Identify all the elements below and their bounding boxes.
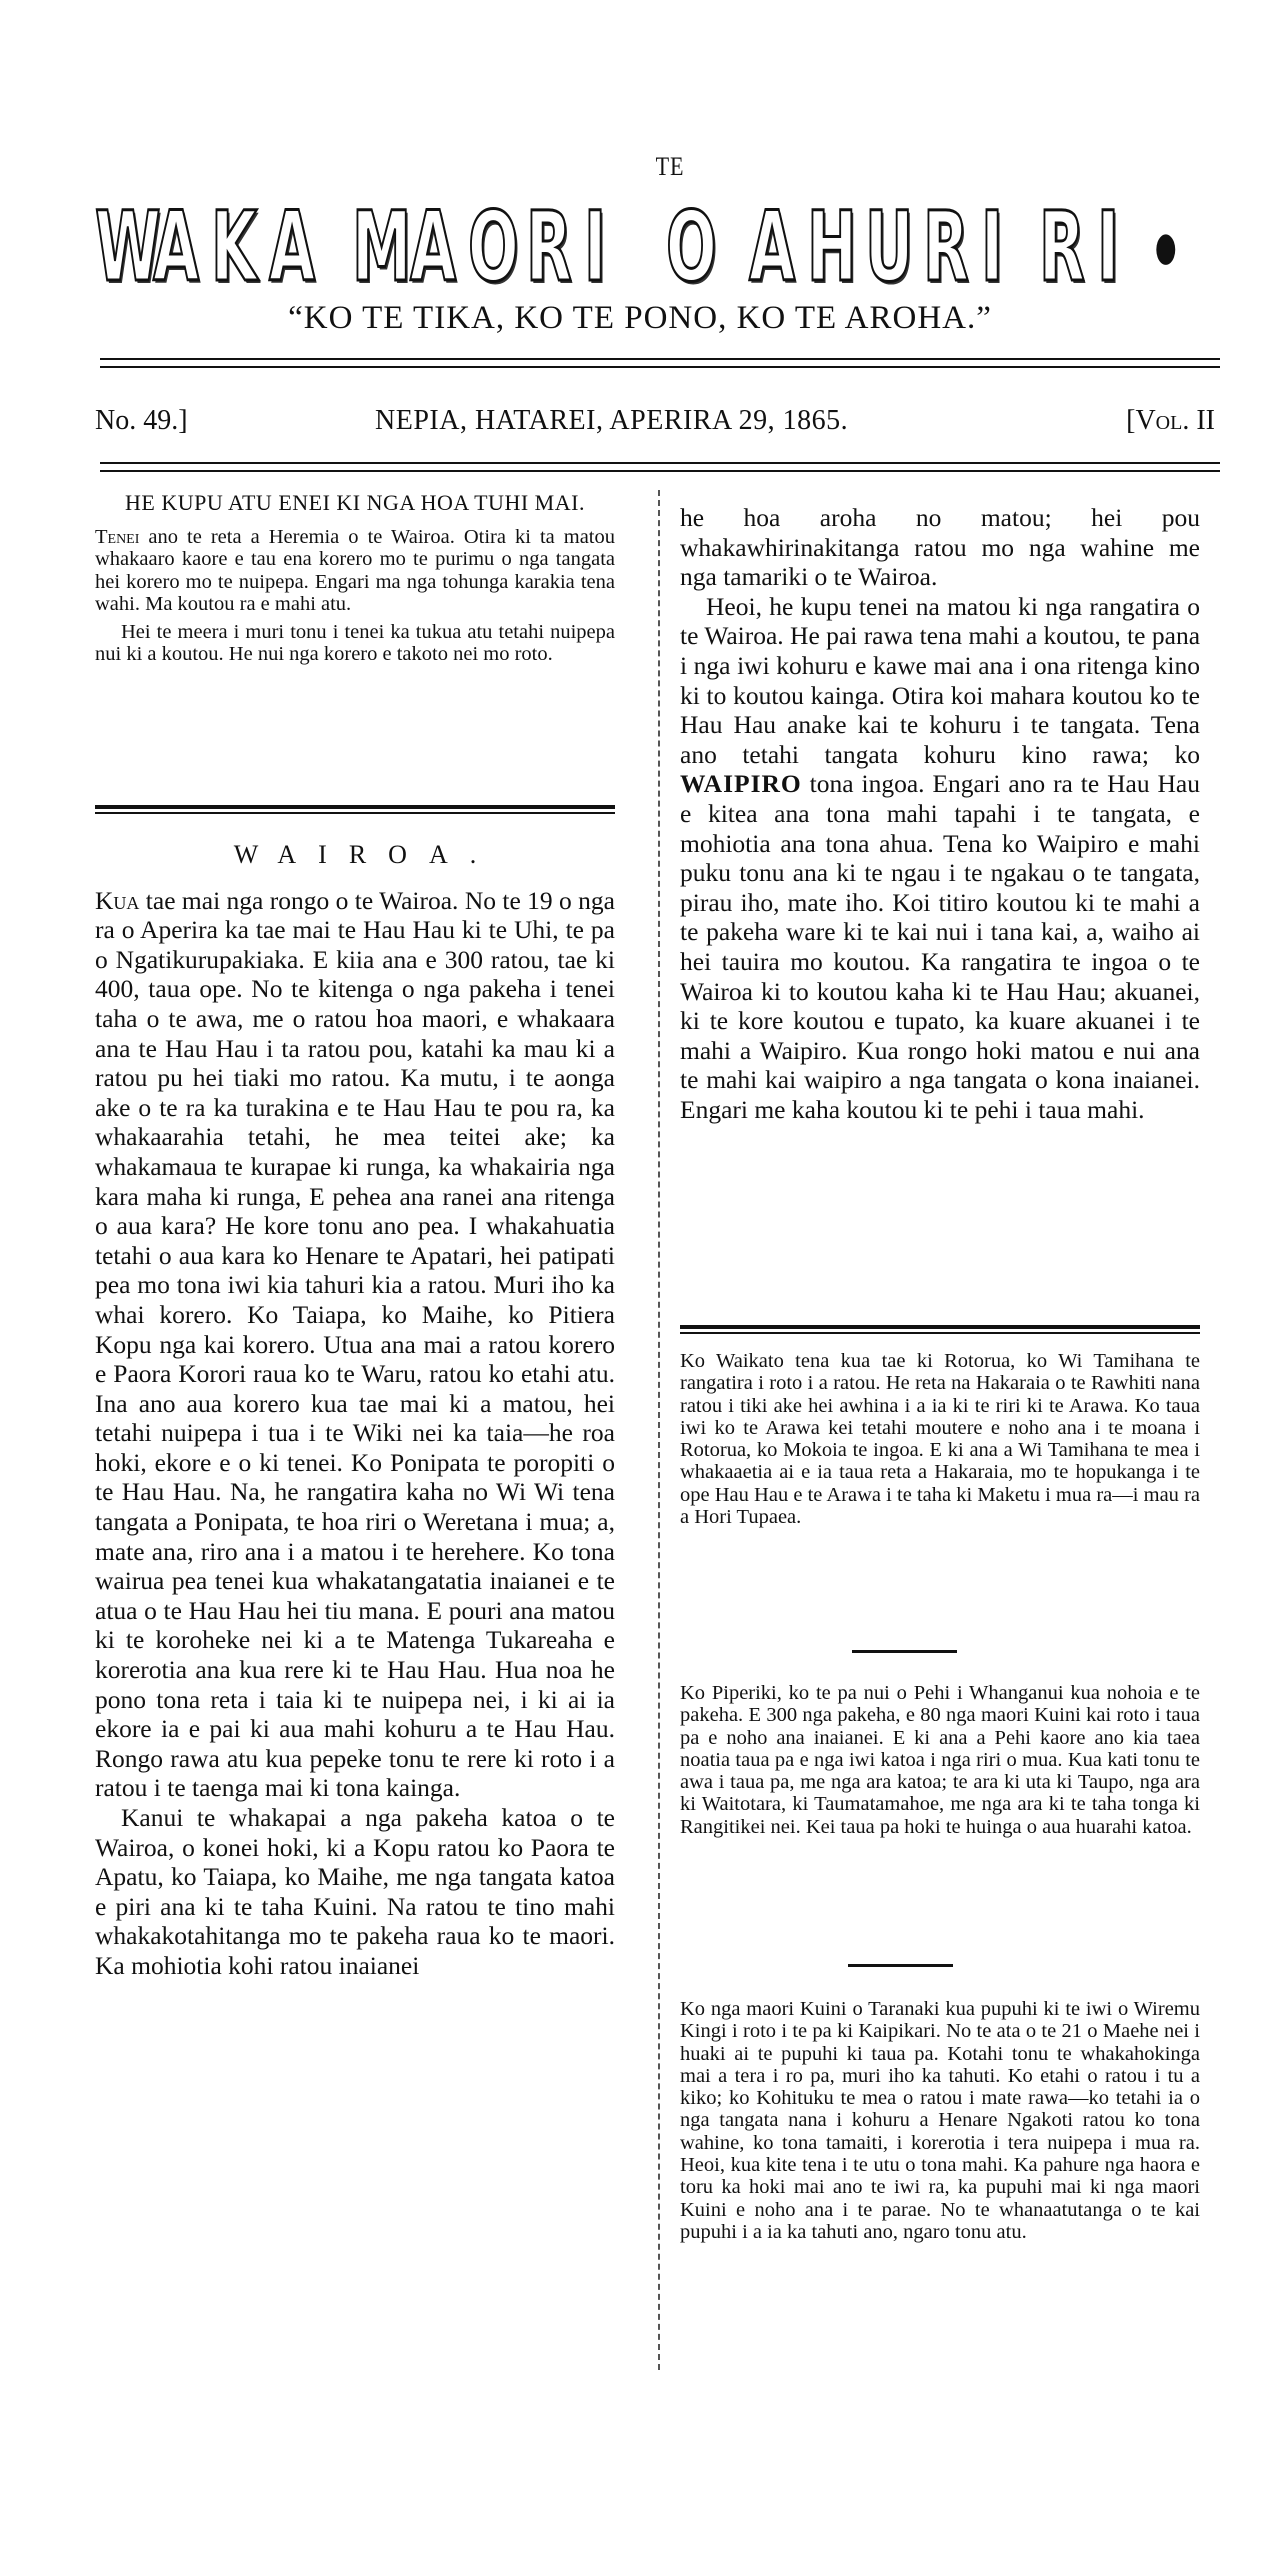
header-rule-bottom-2 xyxy=(100,470,1220,472)
column-divider xyxy=(658,490,660,2370)
issue-line: No. 49.] NEPIA, HATAREI, APERIRA 29, 186… xyxy=(95,405,1215,445)
article-paragraph: he hoa aroha no matou; hei pou whakawhir… xyxy=(680,503,1200,592)
header-rule-bottom-1 xyxy=(100,462,1220,464)
wairoa-heading: WAIROA. xyxy=(95,840,615,870)
masthead-motto: “KO TE TIKA, KO TE PONO, KO TE AROHA.” xyxy=(0,300,1280,337)
notice-paragraph: Tenei ano te reta a Heremia o te Wairoa.… xyxy=(95,526,615,615)
news-item-text: Ko nga maori Kuini o Taranaki kua pupuhi… xyxy=(680,1998,1200,2243)
masthead-word-maori: MAORI xyxy=(352,199,628,295)
masthead-pre-title: TE xyxy=(101,152,1240,182)
issue-number: No. 49.] xyxy=(95,405,188,437)
notice-lead-caps: Tenei xyxy=(95,526,139,548)
waipiro-emphasis: WAIPIRO xyxy=(680,769,802,798)
masthead-word-ahuriri: AHURIRI● xyxy=(749,199,1175,295)
header-rule-top-2 xyxy=(100,366,1220,368)
notice-heading: HE KUPU ATU ENEI KI NGA HOA TUHI MAI. xyxy=(95,490,615,516)
masthead-title: WAKA MAORI O AHURIRI● xyxy=(95,185,1175,295)
wairoa-article: WAIROA. Kua tae mai nga rongo o te Wairo… xyxy=(95,840,615,1981)
article-paragraph: Heoi, he kupu tenei na matou ki nga rang… xyxy=(680,592,1200,1125)
short-separator-rule xyxy=(848,1964,953,1967)
notice-paragraph: Hei te meera i muri tonu i tenei ka tuku… xyxy=(95,621,615,666)
news-item-text: Ko Piperiki, ko te pa nui o Pehi i Whang… xyxy=(680,1682,1200,1838)
news-item-text: Ko Waikato tena kua tae ki Rotorua, ko W… xyxy=(680,1350,1200,1528)
masthead-word-waka: WAKA xyxy=(95,199,313,295)
issue-volume: [Vol. II xyxy=(1126,405,1215,437)
news-item-waikato: Ko Waikato tena kua tae ki Rotorua, ko W… xyxy=(680,1350,1200,1528)
right-column-article-continued: he hoa aroha no matou; hei pou whakawhir… xyxy=(680,503,1200,1124)
article-paragraph: Kanui te whakapai a nga pakeha katoa o t… xyxy=(95,1803,615,1981)
header-rule-top-1 xyxy=(100,358,1220,360)
issue-dateline: NEPIA, HATAREI, APERIRA 29, 1865. xyxy=(375,405,848,437)
short-separator-rule xyxy=(852,1650,957,1653)
article-lead-caps: Kua xyxy=(95,886,139,915)
article-paragraph: Kua tae mai nga rongo o te Wairoa. No te… xyxy=(95,886,615,1803)
left-column: HE KUPU ATU ENEI KI NGA HOA TUHI MAI. Te… xyxy=(95,490,615,666)
section-double-rule xyxy=(95,805,615,813)
section-double-rule xyxy=(680,1325,1200,1333)
masthead-word-o: O xyxy=(666,199,710,295)
news-item-piperiki: Ko Piperiki, ko te pa nui o Pehi i Whang… xyxy=(680,1682,1200,1838)
notice-body: Tenei ano te reta a Heremia o te Wairoa.… xyxy=(95,526,615,666)
news-item-taranaki: Ko nga maori Kuini o Taranaki kua pupuhi… xyxy=(680,1998,1200,2243)
